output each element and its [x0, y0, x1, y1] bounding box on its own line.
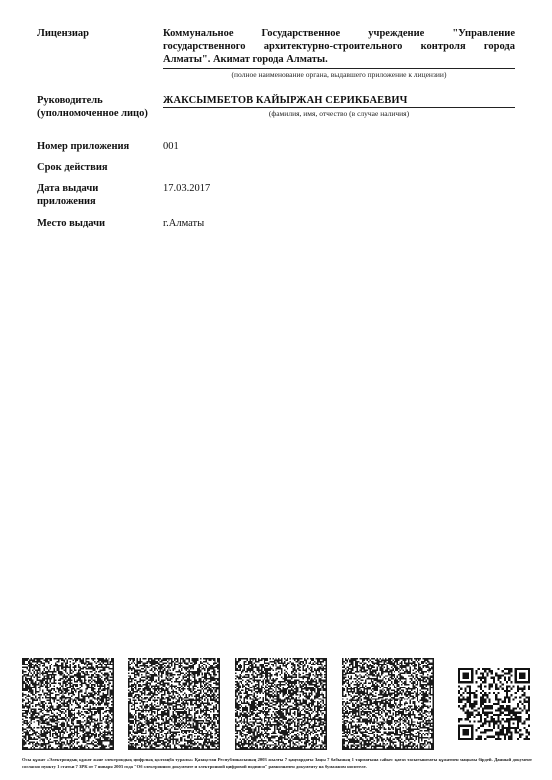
- field-value-issue-place: г.Алматы: [163, 217, 204, 230]
- field-label-appendix-number: Номер приложения: [37, 140, 129, 153]
- licensor-value: Коммунальное Государственное учреждение …: [163, 27, 515, 66]
- legal-footer-text: Осы құжат «Электрондық құжат және электр…: [22, 757, 532, 770]
- issue-date-label-line1: Дата выдачи: [37, 182, 98, 195]
- field-value-issue-date: 17.03.2017: [163, 182, 210, 195]
- director-label-line1: Руководитель: [37, 94, 148, 107]
- field-label-validity: Срок действия: [37, 161, 108, 174]
- barcode-2: [128, 658, 220, 750]
- licensor-label: Лицензиар: [37, 27, 89, 40]
- field-label-issue-date: Дата выдачи приложения: [37, 182, 98, 208]
- issue-date-label-line2: приложения: [37, 195, 98, 208]
- director-underline: [163, 107, 515, 108]
- director-caption: (фамилия, имя, отчество (в случае наличи…: [163, 109, 515, 118]
- licensor-caption: (полное наименование органа, выдавшего п…: [163, 70, 515, 79]
- barcode-1: [22, 658, 114, 750]
- licensor-underline: [163, 68, 515, 69]
- director-label: Руководитель (уполномоченное лицо): [37, 94, 148, 120]
- barcode-3: [235, 658, 327, 750]
- qr-code: [458, 668, 530, 740]
- field-value-appendix-number: 001: [163, 140, 179, 153]
- director-label-line2: (уполномоченное лицо): [37, 107, 148, 120]
- director-name: ЖАКСЫМБЕТОВ КАЙЫРЖАН СЕРИКБАЕВИЧ: [163, 94, 407, 107]
- barcode-4: [342, 658, 434, 750]
- field-label-issue-place: Место выдачи: [37, 217, 105, 230]
